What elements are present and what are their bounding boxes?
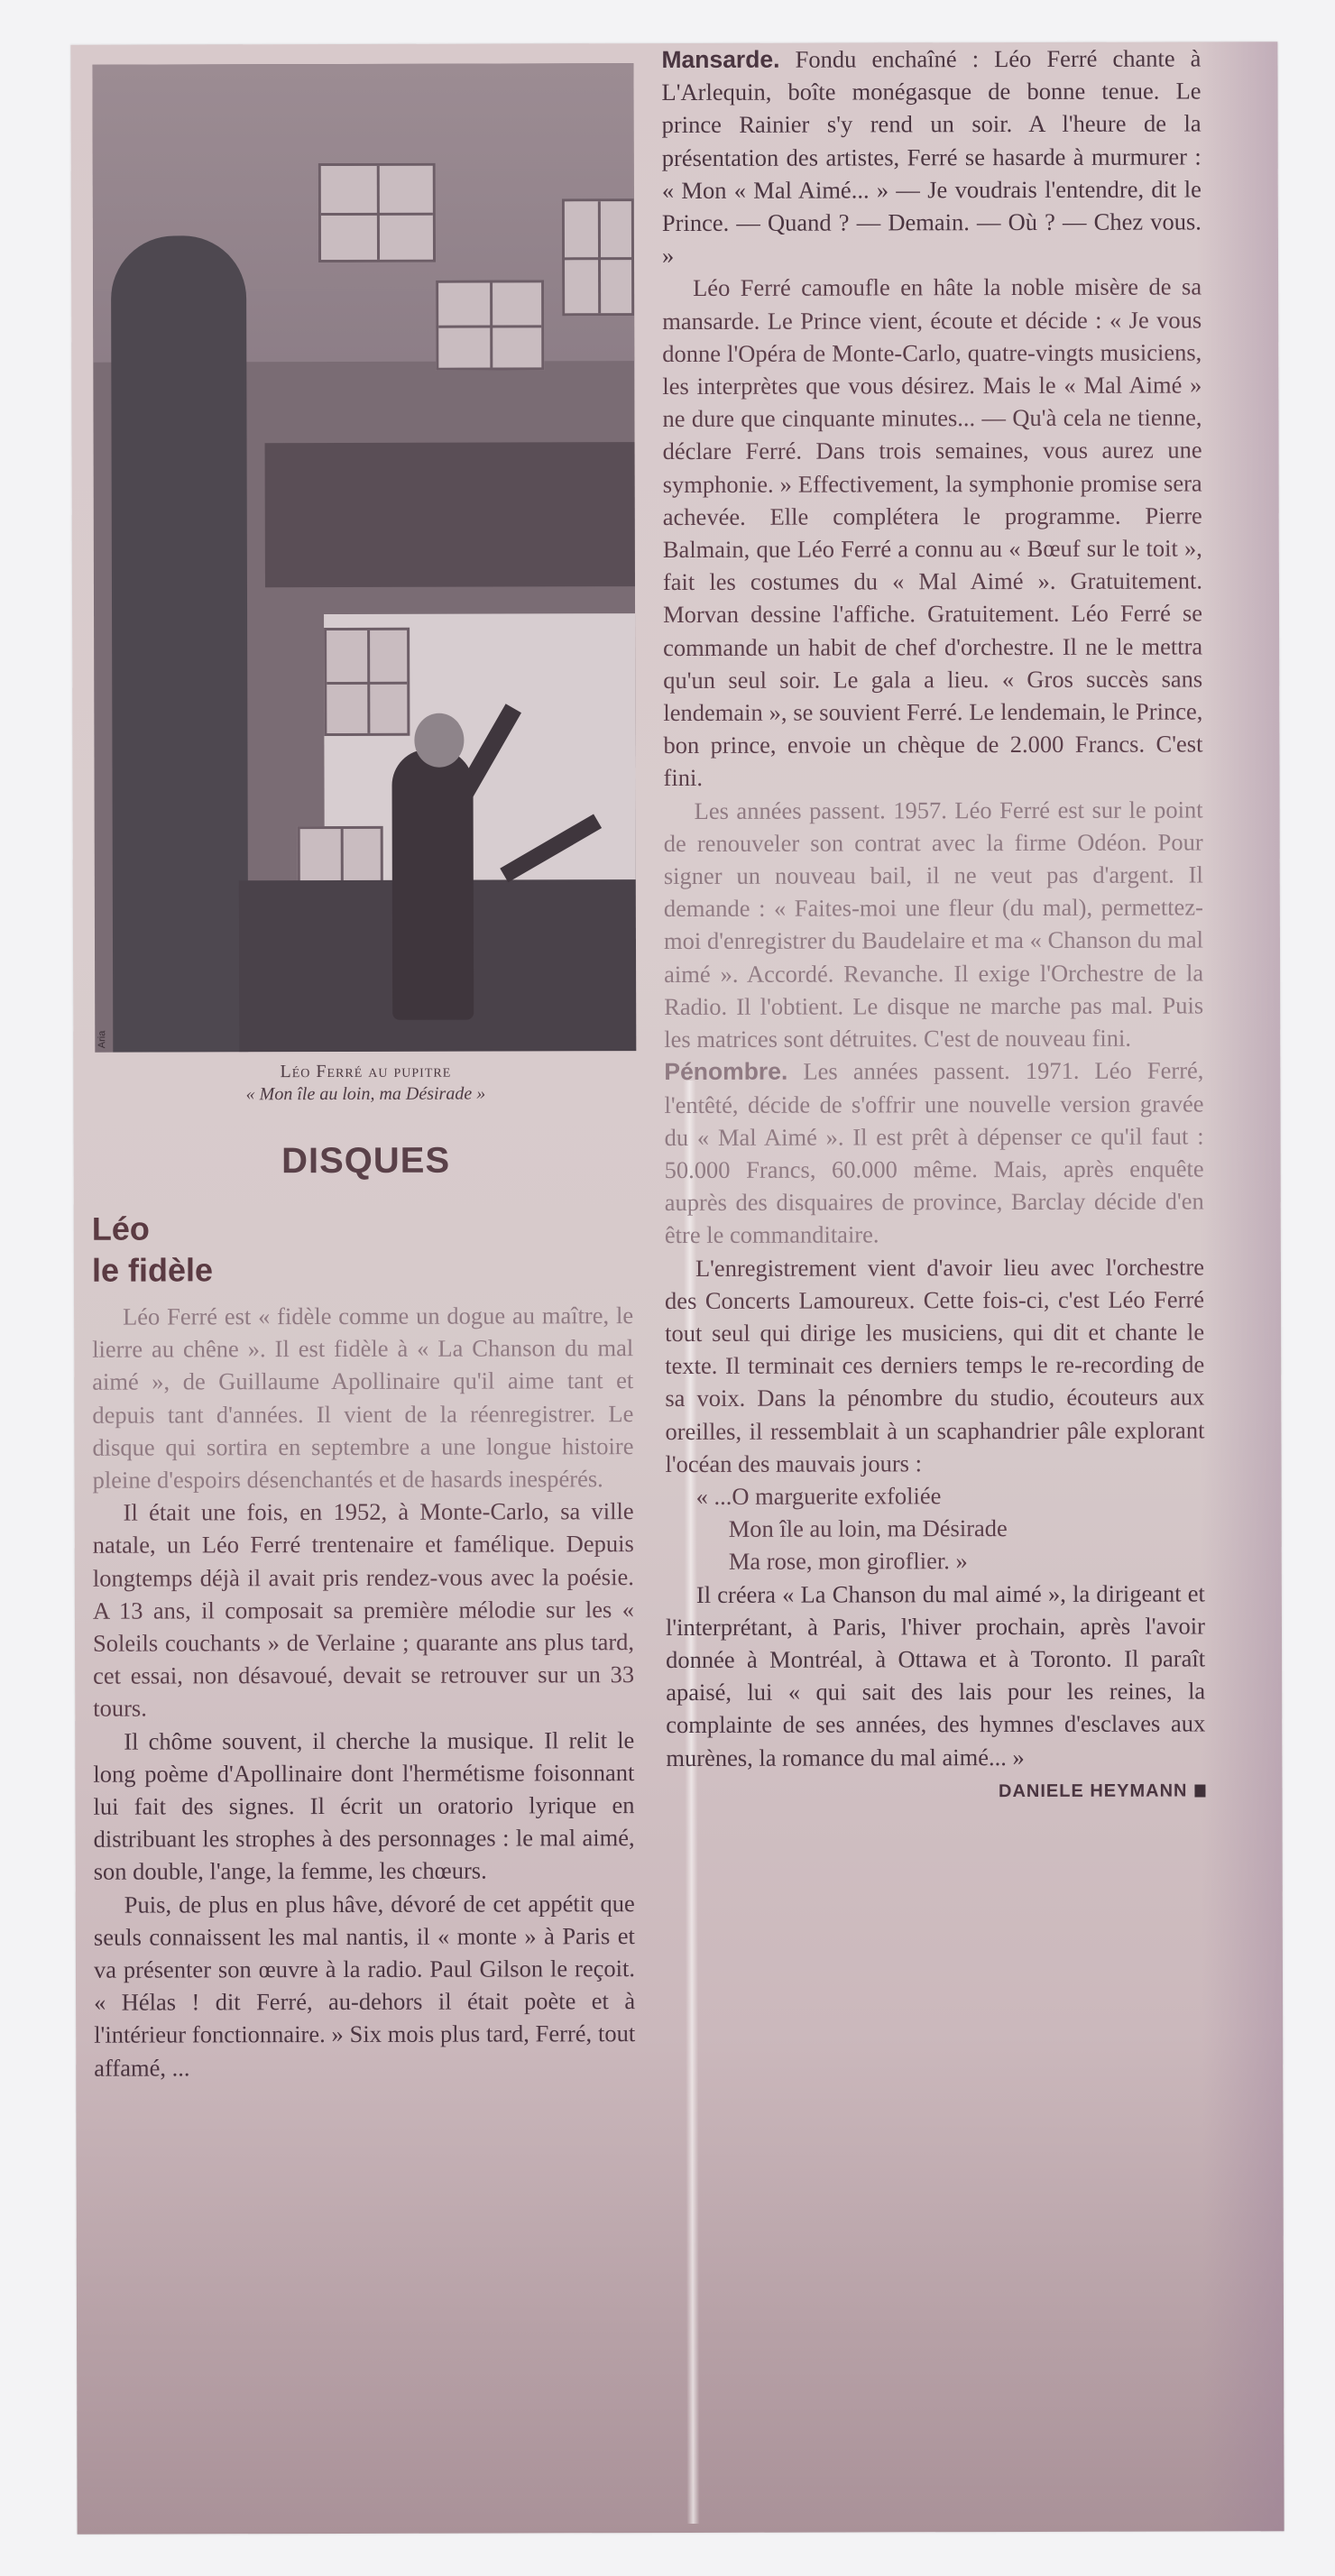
photo-conductor-head: [414, 713, 464, 768]
verse-line: « ...O marguerite exfoliée: [666, 1478, 1205, 1513]
photo-credit: Aria: [97, 1031, 107, 1049]
photo-window: [562, 198, 634, 316]
end-mark-icon: [1194, 1785, 1205, 1798]
paragraph-text: Fondu enchaîné : Léo Ferré chante à L'Ar…: [661, 44, 1201, 269]
verse-line: Mon île au loin, ma Désirade: [666, 1512, 1205, 1546]
photo-conductor-figure: [391, 750, 474, 1020]
headline-line-2: le fidèle: [92, 1249, 213, 1291]
caption-quote: « Mon île au loin, ma Désirade »: [95, 1083, 636, 1106]
photo-wall-dark: [265, 442, 635, 587]
photo-window: [324, 628, 410, 736]
paragraph: Il était une fois, en 1952, à Monte-Carl…: [93, 1495, 635, 1725]
paragraph-lead: Mansarde.: [661, 46, 779, 73]
photo-window: [436, 280, 544, 370]
paragraph-text: Les années passent. 1971. Léo Ferré, l'e…: [664, 1057, 1203, 1249]
paragraph: Les années passent. 1957. Léo Ferré est …: [664, 793, 1204, 1055]
caption-title: Léo Ferré au pupitre: [95, 1061, 636, 1083]
right-column: Mansarde. Fondu enchaîné : Léo Ferré cha…: [661, 41, 1205, 1808]
photo-window: [318, 163, 436, 262]
paragraph: L'enregistrement vient d'avoir lieu avec…: [665, 1250, 1205, 1480]
paragraph: Mansarde. Fondu enchaîné : Léo Ferré cha…: [661, 41, 1201, 271]
paragraph: Il créera « La Chanson du mal aimé », la…: [666, 1577, 1206, 1774]
newspaper-clipping: Aria Léo Ferré au pupitre « Mon île au l…: [70, 41, 1284, 2534]
photo-pillar: [111, 235, 248, 1052]
photo-caption: Léo Ferré au pupitre « Mon île au loin, …: [95, 1061, 636, 1106]
author-name: DANIELE HEYMANN: [999, 1780, 1188, 1801]
article-headline: Léo le fidèle: [92, 1208, 213, 1291]
paragraph: Il chôme souvent, il cherche la musique.…: [93, 1724, 634, 1889]
headline-line-1: Léo: [92, 1208, 213, 1249]
author-signature: DANIELE HEYMANN: [666, 1774, 1205, 1808]
paragraph: Puis, de plus en plus hâve, dévoré de ce…: [94, 1887, 636, 2084]
article-photo: Aria: [92, 63, 636, 1053]
paragraph: Pénombre. Les années passent. 1971. Léo …: [664, 1054, 1204, 1252]
paragraph-lead: Pénombre.: [664, 1058, 787, 1085]
section-rubric: DISQUES: [96, 1140, 637, 1182]
paragraph: Léo Ferré est « fidèle comme un dogue au…: [92, 1299, 634, 1496]
left-column: Léo Ferré est « fidèle comme un dogue au…: [92, 1299, 635, 2084]
paragraph: Léo Ferré camoufle en hâte la noble misè…: [662, 271, 1203, 795]
verse-line: Ma rose, mon giroflier. »: [666, 1544, 1205, 1578]
